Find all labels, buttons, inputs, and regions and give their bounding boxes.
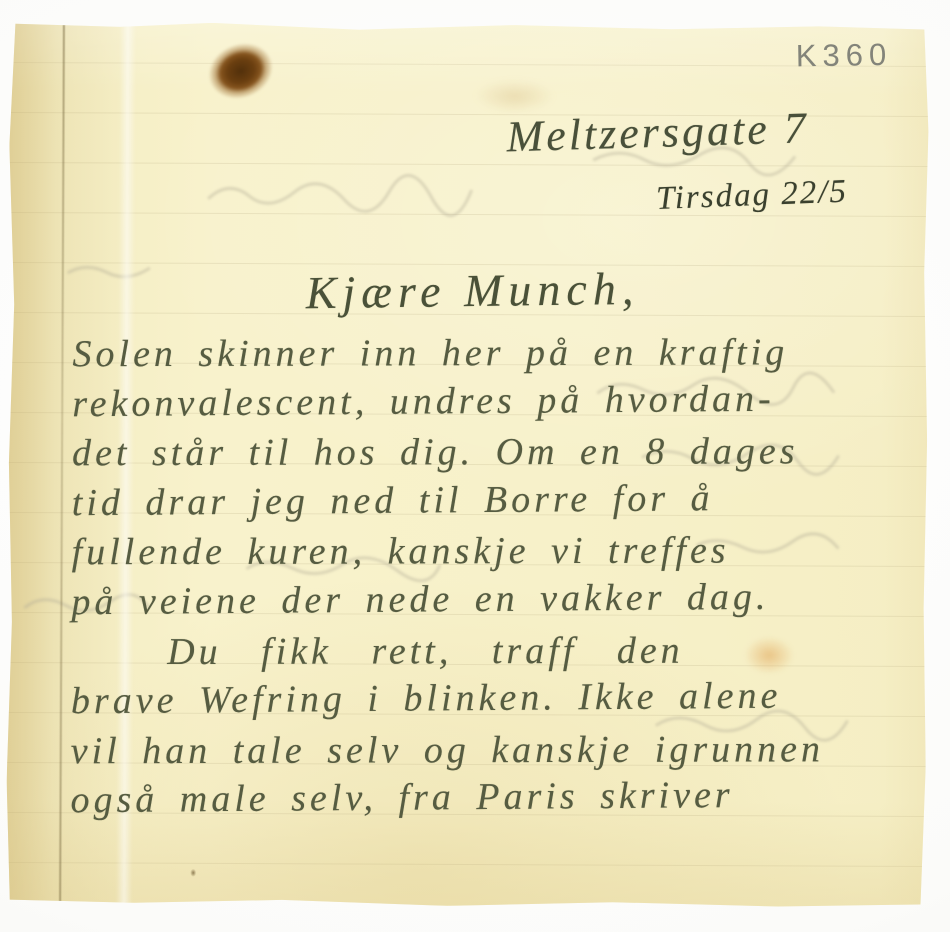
date-line: Tirsdag 22/5 bbox=[656, 173, 849, 218]
letter-line: tid drar jeg ned til Borre for å bbox=[72, 473, 826, 529]
letter-line: Du fikk rett, traff den bbox=[71, 626, 824, 678]
salutation: Kjære Munch, bbox=[305, 262, 639, 319]
letter-paper: K360 Meltzersgate 7 Tirsdag 22/5 Kjære M… bbox=[6, 22, 929, 908]
scan-background: K360 Meltzersgate 7 Tirsdag 22/5 Kjære M… bbox=[0, 0, 950, 932]
catalog-number: K360 bbox=[795, 37, 892, 75]
letter-line: vil han tale selv og kanskje igrunnen bbox=[71, 725, 824, 777]
letter-line: brave Wefring i blinken. Ikke alene bbox=[71, 672, 825, 728]
letter-line: også male selv, fra Paris skriver bbox=[70, 771, 824, 827]
letter-line: fullende kuren, kanskje vi treffes bbox=[72, 527, 825, 579]
letter-line: det står til hos dig. Om en 8 dages bbox=[72, 427, 825, 479]
letter-line: Solen skinner inn her på en kraftig bbox=[72, 328, 825, 380]
letter-line: på veiene der nede en vakker dag. bbox=[71, 572, 825, 628]
letter-body: Solen skinner inn her på en kraftig reko… bbox=[70, 330, 825, 829]
address-line: Meltzersgate 7 bbox=[506, 102, 810, 162]
letter-line: rekonvalescent, undres på hvordan- bbox=[72, 374, 826, 430]
